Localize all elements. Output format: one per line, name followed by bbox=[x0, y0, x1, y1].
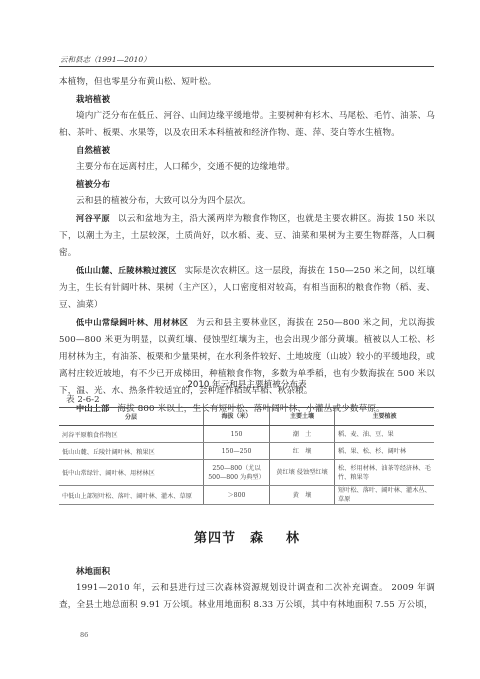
table-cell: 250—800（尤以 500—800 为典型） bbox=[204, 460, 270, 486]
column-header: 主要植被 bbox=[335, 408, 435, 426]
table-cell: 稻、果、松、杉、阔叶林 bbox=[335, 443, 435, 460]
document-page: 云和县志（1991—2010） 本植物，但也零星分布黄山松、短叶松。 栽培植被 … bbox=[0, 0, 480, 679]
page-number: 86 bbox=[80, 631, 88, 639]
table-cell: 潮 土 bbox=[270, 426, 335, 443]
table-cell: ＞800 bbox=[204, 486, 270, 505]
table-row: 低山山麓、丘陵针阔叶林、粮果区 150—250 红 壤 稻、果、松、杉、阔叶林 bbox=[59, 443, 434, 460]
heading-vegetation-distribution: 植被分布 bbox=[59, 176, 435, 193]
continued-paragraph: 本植物，但也零星分布黄山松、短叶松。 bbox=[59, 74, 435, 91]
heading-forest-area: 林地面积 bbox=[59, 563, 435, 580]
column-header: 主要土壤 bbox=[270, 408, 335, 426]
zone-paragraph: 低山山麓、丘陵林粮过渡区实际是次农耕区。这一层段，海拔在 150—250 米之间… bbox=[59, 262, 435, 314]
table-title: 2010 年云和县主要植被分布表 bbox=[59, 378, 435, 390]
table-cell: 150—250 bbox=[204, 443, 270, 460]
vegetation-table: 分层 海拔（米） 主要土壤 主要植被 河谷平原粮食作物区 150 潮 土 稻、麦… bbox=[59, 407, 434, 505]
table-row: 河谷平原粮食作物区 150 潮 土 稻、麦、油、豆、果 bbox=[59, 426, 434, 443]
column-header: 海拔（米） bbox=[204, 408, 270, 426]
zone-lead: 河谷平原 bbox=[76, 213, 110, 223]
body-text-bottom: 林地面积 1991—2010 年，云和县进行过三次森林资源规划设计调查和二次补充… bbox=[59, 563, 435, 614]
paragraph-forest-area: 1991—2010 年，云和县进行过三次森林资源规划设计调查和二次补充调查。 2… bbox=[59, 580, 435, 614]
table-cell: 低中山常绿针、阔叶林、用材林区 bbox=[59, 460, 204, 486]
table-cell: 中低山上部短叶松、落叶、阔叶林、灌木、草原 bbox=[59, 486, 204, 505]
section-title: 第四节森林 bbox=[59, 527, 435, 546]
table-cell: 松、杉用材林、油茶等经济林、毛竹、粮果等 bbox=[335, 460, 435, 486]
body-text-top: 本植物，但也零星分布黄山松、短叶松。 栽培植被 境内广泛分布在低丘、河谷、山间边… bbox=[59, 74, 435, 418]
running-head: 云和县志（1991—2010） bbox=[60, 54, 151, 65]
table-number: 表 2-6-2 bbox=[66, 393, 100, 405]
table-cell: 稻、麦、油、豆、果 bbox=[335, 426, 435, 443]
table-cell: 黄 壤 bbox=[270, 486, 335, 505]
table-header-row: 分层 海拔（米） 主要土壤 主要植被 bbox=[59, 408, 434, 426]
paragraph-natural: 主要分布在远离村庄，人口稀少，交通不便的边缘地带。 bbox=[59, 159, 435, 176]
header-rule bbox=[59, 66, 434, 67]
zone-lead: 低山山麓、丘陵林粮过渡区 bbox=[76, 265, 177, 275]
heading-natural-vegetation: 自然植被 bbox=[59, 142, 435, 159]
table-cell: 短叶松、落叶、阔叶林、灌木丛、草原 bbox=[335, 486, 435, 505]
table-cell: 黄红壤 侵蚀型红壤 bbox=[270, 460, 335, 486]
zone-paragraph: 河谷平原以云和盆地为主，沿大溪两岸为粮食作物区，也就是主要农耕区。海拔 150 … bbox=[59, 210, 435, 262]
paragraph-distribution: 云和县的植被分布，大致可以分为四个层次。 bbox=[59, 193, 435, 210]
table-row: 中低山上部短叶松、落叶、阔叶林、灌木、草原 ＞800 黄 壤 短叶松、落叶、阔叶… bbox=[59, 486, 434, 505]
table-row: 低中山常绿针、阔叶林、用材林区 250—800（尤以 500—800 为典型） … bbox=[59, 460, 434, 486]
heading-cultivated-vegetation: 栽培植被 bbox=[59, 91, 435, 108]
zone-lead: 低中山常绿阔叶林、用材林区 bbox=[76, 317, 188, 327]
table-cell: 150 bbox=[204, 426, 270, 443]
table-cell: 低山山麓、丘陵针阔叶林、粮果区 bbox=[59, 443, 204, 460]
table-cell: 河谷平原粮食作物区 bbox=[59, 426, 204, 443]
column-header: 分层 bbox=[59, 408, 204, 426]
paragraph-cultivated: 境内广泛分布在低丘、河谷、山间边缘平缓地带。主要树种有杉木、马尾松、毛竹、油茶、… bbox=[59, 108, 435, 142]
table-cell: 红 壤 bbox=[270, 443, 335, 460]
